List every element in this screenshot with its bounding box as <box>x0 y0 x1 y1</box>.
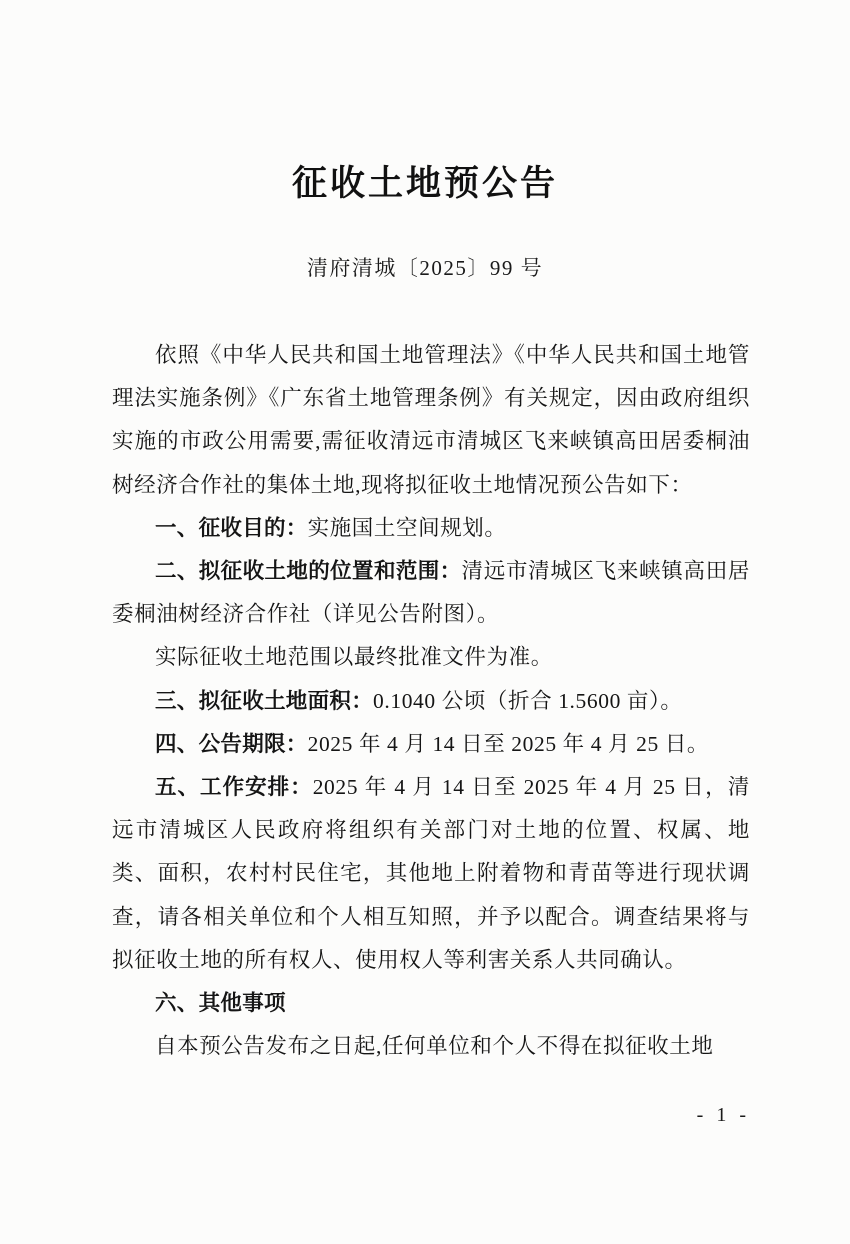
item-3-area: 三、拟征收土地面积：0.1040 公顷（折合 1.5600 亩）。 <box>112 680 750 723</box>
page-number: - 1 - <box>697 1104 750 1127</box>
item-2-location-scope: 二、拟征收土地的位置和范围：清远市清城区飞来峡镇高田居委桐油树经济合作社（详见公… <box>112 550 750 636</box>
intro-text: 依照《中华人民共和国土地管理法》《中华人民共和国土地管理法实施条例》《广东省土地… <box>112 343 750 497</box>
item-3-lead: 三、拟征收土地面积： <box>155 689 373 713</box>
closing-text: 自本预公告发布之日起,任何单位和个人不得在拟征收土地 <box>155 1034 713 1058</box>
document-number: 清府清城〔2025〕99 号 <box>0 252 850 282</box>
document-title: 征收土地预公告 <box>0 0 850 206</box>
item-1-purpose: 一、征收目的：实施国土空间规划。 <box>112 507 750 550</box>
intro-paragraph: 依照《中华人民共和国土地管理法》《中华人民共和国土地管理法实施条例》《广东省土地… <box>112 334 750 507</box>
item-6-other-matters: 六、其他事项 <box>112 982 750 1025</box>
item-4-period: 四、公告期限：2025 年 4 月 14 日至 2025 年 4 月 25 日。 <box>112 723 750 766</box>
item-2-lead: 二、拟征收土地的位置和范围： <box>155 559 462 583</box>
item-1-lead: 一、征收目的： <box>155 516 308 540</box>
item-5-lead: 五、工作安排： <box>155 775 313 799</box>
closing-paragraph: 自本预公告发布之日起,任何单位和个人不得在拟征收土地 <box>112 1025 750 1068</box>
item-2-note: 实际征收土地范围以最终批准文件为准。 <box>112 636 750 679</box>
item-5-work-arrangement: 五、工作安排：2025 年 4 月 14 日至 2025 年 4 月 25 日，… <box>112 766 750 982</box>
item-5-text: 2025 年 4 月 14 日至 2025 年 4 月 25 日，清远市清城区人… <box>112 775 750 972</box>
item-6-lead: 六、其他事项 <box>155 991 286 1015</box>
item-3-text: 0.1040 公顷（折合 1.5600 亩）。 <box>373 689 682 713</box>
item-1-text: 实施国土空间规划。 <box>308 516 507 540</box>
document-page: 征收土地预公告 清府清城〔2025〕99 号 依照《中华人民共和国土地管理法》《… <box>0 0 850 1244</box>
item-2-note-text: 实际征收土地范围以最终批准文件为准。 <box>155 645 553 669</box>
item-4-text: 2025 年 4 月 14 日至 2025 年 4 月 25 日。 <box>308 732 709 756</box>
item-4-lead: 四、公告期限： <box>155 732 308 756</box>
document-body: 依照《中华人民共和国土地管理法》《中华人民共和国土地管理法实施条例》《广东省土地… <box>112 334 750 1068</box>
